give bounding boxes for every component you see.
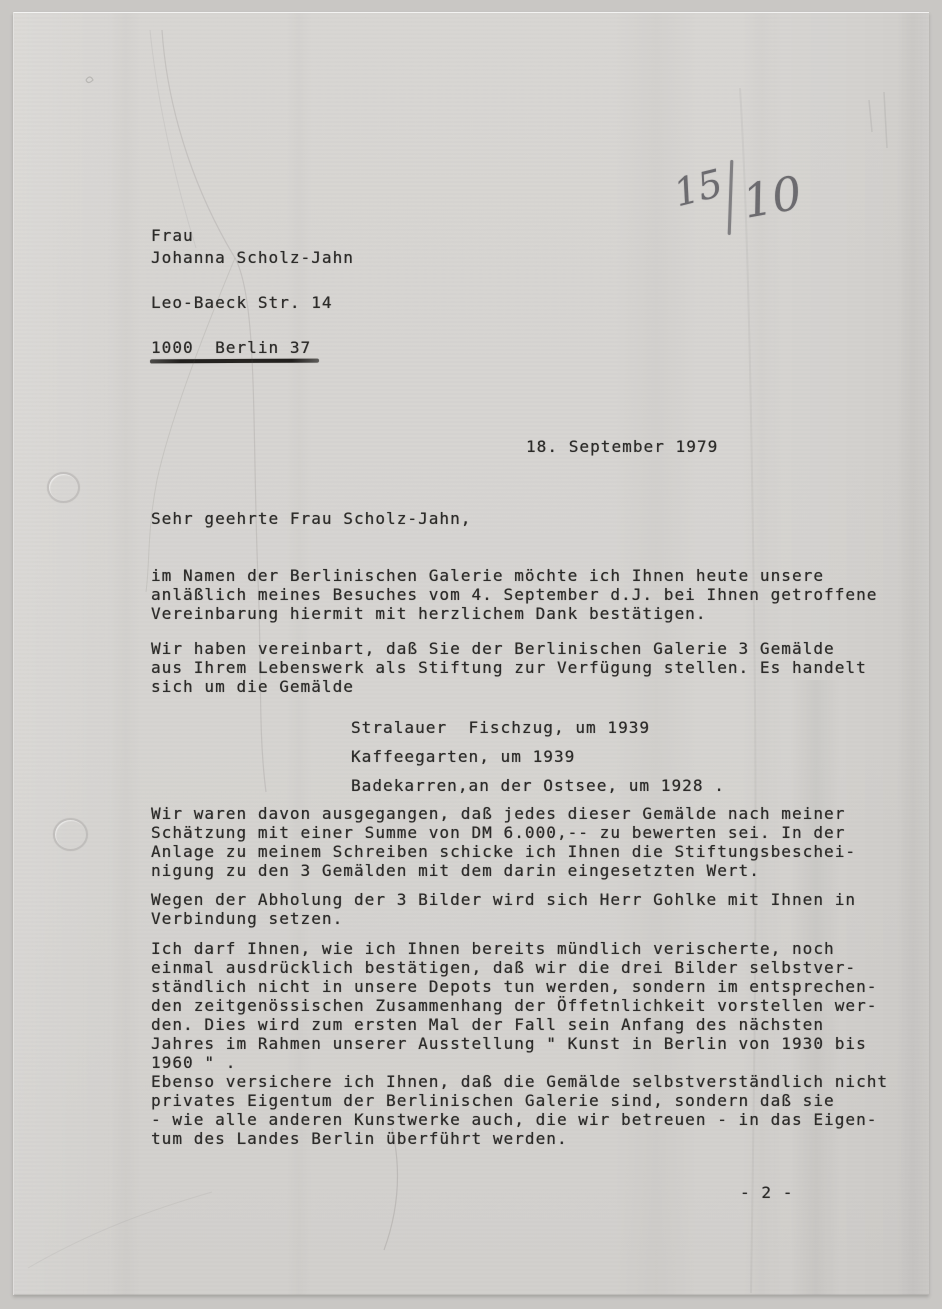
letter-date: 18. September 1979 bbox=[526, 437, 718, 456]
paragraph-exhibition-ownership: Ich darf Ihnen, wie ich Ihnen bereits mü… bbox=[151, 939, 888, 1148]
handwritten-number-left: 15 bbox=[669, 161, 727, 215]
artwork-item: Badekarren,an der Ostsee, um 1928 . bbox=[351, 771, 725, 800]
page-number-marker: - 2 - bbox=[740, 1183, 793, 1202]
artwork-item: Kaffeegarten, um 1939 bbox=[351, 742, 725, 771]
scanned-letter-page: Frau Johanna Scholz-Jahn Leo-Baeck Str. … bbox=[0, 0, 942, 1309]
address-underline bbox=[150, 359, 319, 364]
recipient-address: Frau Johanna Scholz-Jahn Leo-Baeck Str. … bbox=[151, 225, 354, 359]
paragraph-pickup: Wegen der Abholung der 3 Bilder wird sic… bbox=[151, 890, 856, 928]
punch-hole-bottom bbox=[53, 818, 88, 851]
paragraph-donation-intro: Wir haben vereinbart, daß Sie der Berlin… bbox=[151, 639, 867, 696]
artwork-list: Stralauer Fischzug, um 1939 Kaffeegarten… bbox=[351, 713, 725, 800]
handwritten-slash-stroke bbox=[728, 160, 733, 235]
scanner-streak bbox=[111, 13, 141, 1295]
handwritten-number-right: 10 bbox=[739, 165, 806, 228]
paragraph-agreement-thanks: im Namen der Berlinischen Galerie möchte… bbox=[151, 566, 877, 623]
salutation: Sehr geehrte Frau Scholz-Jahn, bbox=[151, 509, 471, 528]
letter-paper: Frau Johanna Scholz-Jahn Leo-Baeck Str. … bbox=[13, 12, 929, 1295]
artwork-item: Stralauer Fischzug, um 1939 bbox=[351, 713, 725, 742]
scanner-streak bbox=[896, 13, 930, 1295]
paragraph-valuation: Wir waren davon ausgegangen, daß jedes d… bbox=[151, 804, 856, 880]
punch-hole-top bbox=[47, 472, 80, 503]
